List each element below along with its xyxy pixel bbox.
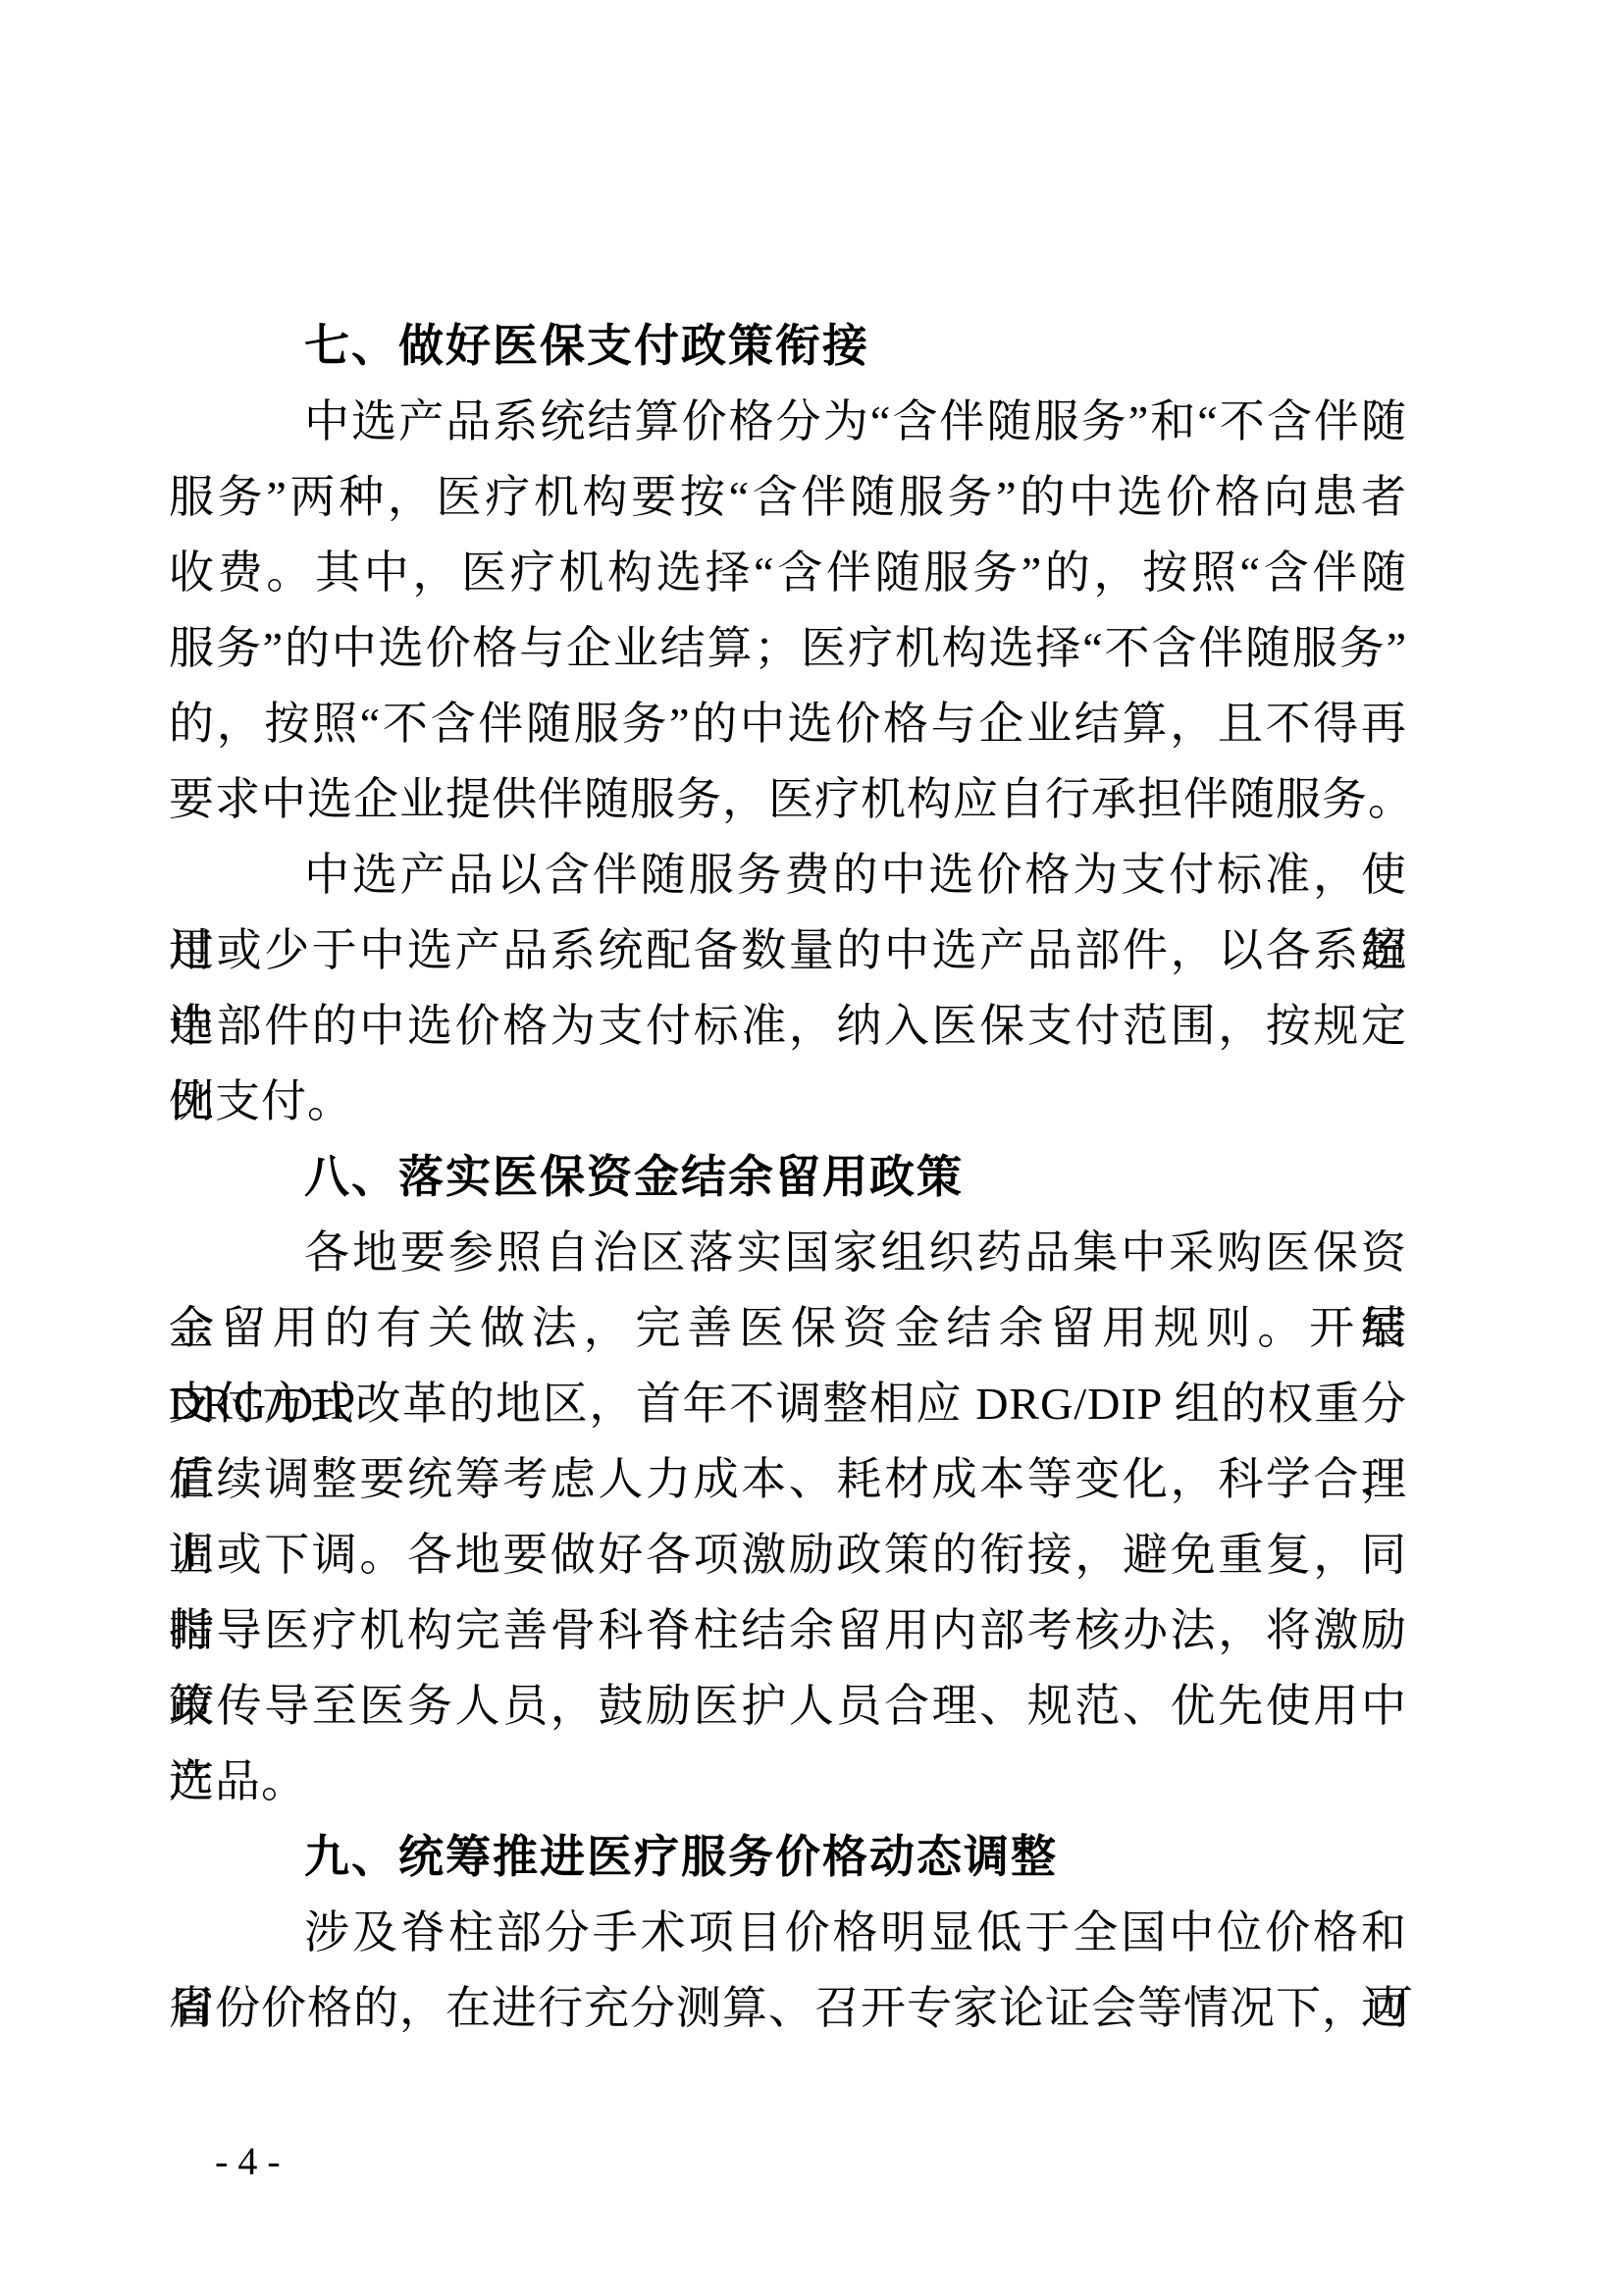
- paragraph-line: 后续调整要统筹考虑人力成本、耗材成本等变化，科学合理上: [169, 1441, 1407, 1517]
- paragraph-line: 的，按照“不含伴随服务”的中选价格与企业结算，且不得再: [169, 686, 1407, 761]
- paragraph-line: 收费。其中，医疗机构选择“含伴随服务”的，按照“含伴随: [169, 535, 1407, 610]
- paragraph-line: 支付方式改革的地区，首年不调整相应 DRG/DIP 组的权重分值，: [169, 1366, 1407, 1441]
- paragraph-line: 例支付。: [169, 1064, 1407, 1139]
- page-number: - 4 -: [215, 2137, 281, 2186]
- paragraph-line: 产品。: [169, 1744, 1407, 1819]
- paragraph-line: 策传导至医务人员，鼓励医护人员合理、规范、优先使用中选: [169, 1668, 1407, 1744]
- paragraph-line: 过或少于中选产品系统配备数量的中选产品部件，以各系统中: [169, 913, 1407, 988]
- paragraph-line: 余留用的有关做法，完善医保资金结余留用规则。开展 DRG/DIP: [169, 1290, 1407, 1366]
- paragraph-line: 要求中选企业提供伴随服务，医疗机构应自行承担伴随服务。: [169, 761, 1407, 837]
- section-heading-7: 七、做好医保支付政策衔接: [304, 308, 1407, 384]
- paragraph-line: 服务”的中选价格与企业结算；医疗机构选择“不含伴随服务”: [169, 610, 1407, 686]
- paragraph-line: 涉及脊柱部分手术项目价格明显低于全国中位价格和周边: [169, 1895, 1407, 1970]
- section-heading-9: 九、统筹推进医疗服务价格动态调整: [304, 1819, 1407, 1895]
- paragraph-line: 中选产品以含伴随服务费的中选价格为支付标准，使用超: [169, 837, 1407, 913]
- paragraph-line: 中选产品系统结算价格分为“含伴随服务”和“不含伴随: [169, 384, 1407, 459]
- document-body: 七、做好医保支付政策衔接 中选产品系统结算价格分为“含伴随服务”和“不含伴随 服…: [169, 308, 1407, 2046]
- paragraph-line: 选部件的中选价格为支付标准，纳入医保支付范围，按规定比: [169, 988, 1407, 1064]
- paragraph-line: 省份价格的，在进行充分测算、召开专家论证会等情况下，可: [169, 1970, 1407, 2046]
- paragraph-line: 调或下调。各地要做好各项激励政策的衔接，避免重复，同时: [169, 1517, 1407, 1592]
- document-page: 七、做好医保支付政策衔接 中选产品系统结算价格分为“含伴随服务”和“不含伴随 服…: [0, 0, 1624, 2296]
- paragraph-line: 各地要参照自治区落实国家组织药品集中采购医保资金结: [169, 1215, 1407, 1290]
- paragraph-line: 指导医疗机构完善骨科脊柱结余留用内部考核办法，将激励政: [169, 1592, 1407, 1668]
- section-heading-8: 八、落实医保资金结余留用政策: [304, 1139, 1407, 1215]
- paragraph-line: 服务”两种，医疗机构要按“含伴随服务”的中选价格向患者: [169, 459, 1407, 535]
